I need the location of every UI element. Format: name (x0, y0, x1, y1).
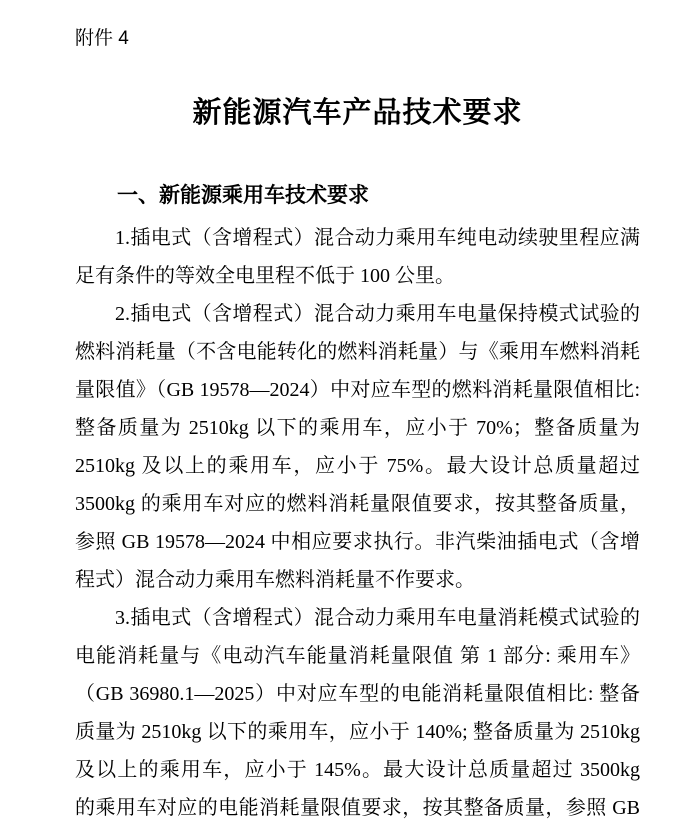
text-line: 足有条件的等效全电里程不低于 100 公里。 (75, 257, 640, 295)
text-line: 量限值》（GB 19578—2024）中对应车型的燃料消耗量限值相比: (75, 371, 640, 409)
attachment-label: 附件 4 (75, 27, 640, 50)
text-line: 程式）混合动力乘用车燃料消耗量不作要求。 (75, 561, 640, 599)
paragraph: 3.插电式（含增程式）混合动力乘用车电量消耗模式试验的电能消耗量与《电动汽车能量… (75, 599, 640, 827)
text-line: 3.插电式（含增程式）混合动力乘用车电量消耗模式试验的 (75, 599, 640, 637)
text-line: 整备质量为 2510kg 以下的乘用车，应小于 70%；整备质量为 (75, 409, 640, 447)
text-line: 2510kg 及以上的乘用车，应小于 75%。最大设计总质量超过 (75, 447, 640, 485)
text-line: 1.插电式（含增程式）混合动力乘用车纯电动续驶里程应满 (75, 219, 640, 257)
document-body: 1.插电式（含增程式）混合动力乘用车纯电动续驶里程应满足有条件的等效全电里程不低… (75, 219, 640, 827)
text-line: 燃料消耗量（不含电能转化的燃料消耗量）与《乘用车燃料消耗 (75, 333, 640, 371)
section-heading: 一、新能源乘用车技术要求 (75, 183, 640, 209)
text-line: 3500kg 的乘用车对应的燃料消耗量限值要求，按其整备质量， (75, 485, 640, 523)
text-line: 及以上的乘用车，应小于 145%。最大设计总质量超过 3500kg (75, 751, 640, 789)
text-line: 参照 GB 19578—2024 中相应要求执行。非汽柴油插电式（含增 (75, 523, 640, 561)
document-page: 附件 4 新能源汽车产品技术要求 一、新能源乘用车技术要求 1.插电式（含增程式… (0, 0, 698, 831)
text-line: 的乘用车对应的电能消耗量限值要求，按其整备质量，参照 GB (75, 789, 640, 827)
paragraph: 1.插电式（含增程式）混合动力乘用车纯电动续驶里程应满足有条件的等效全电里程不低… (75, 219, 640, 295)
text-line: 质量为 2510kg 以下的乘用车，应小于 140%; 整备质量为 2510kg (75, 713, 640, 751)
paragraph: 2.插电式（含增程式）混合动力乘用车电量保持模式试验的燃料消耗量（不含电能转化的… (75, 295, 640, 599)
text-line: 电能消耗量与《电动汽车能量消耗量限值 第 1 部分: 乘用车》 (75, 637, 640, 675)
text-line: 2.插电式（含增程式）混合动力乘用车电量保持模式试验的 (75, 295, 640, 333)
text-line: （GB 36980.1—2025）中对应车型的电能消耗量限值相比: 整备 (75, 675, 640, 713)
document-title: 新能源汽车产品技术要求 (75, 95, 640, 131)
